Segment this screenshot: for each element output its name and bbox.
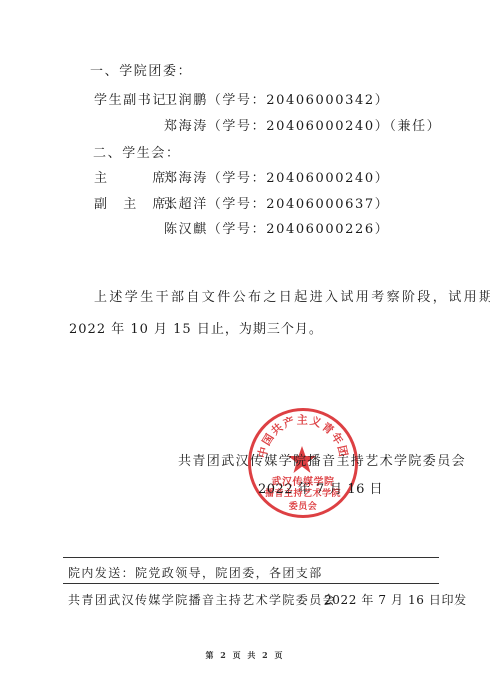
- vice-secretary-entry-1: 卫润鹏（学号：20406000342）: [164, 93, 389, 109]
- seal-line-3: 委员会: [251, 499, 355, 512]
- footer-rule-middle: [63, 583, 439, 584]
- signature-date: 2022 年 7 月 16 日: [258, 482, 383, 498]
- paragraph-line-1: 上述学生干部自文件公布之日起进入试用考察阶段，试用期至: [94, 290, 490, 306]
- vice-president-entry-2: 陈汉麒（学号：20406000226）: [164, 222, 389, 238]
- vice-president-entry-1: 张超洋（学号：20406000637）: [164, 197, 389, 213]
- issuer-name: 共青团武汉传媒学院播音主持艺术学院委员会: [68, 591, 336, 608]
- vice-secretary-entry-2: 郑海涛（学号：20406000240）（兼任）: [164, 119, 441, 135]
- page-number: 第 2 页 共 2 页: [0, 650, 490, 661]
- document-page: 一、学院团委： 学生副书记： 卫润鹏（学号：20406000342） 郑海涛（学…: [0, 0, 490, 695]
- distribution-list: 院内发送：院党政领导，院团委，各团支部: [68, 564, 323, 581]
- section1-heading: 一、学院团委：: [90, 64, 192, 80]
- paragraph-line-2: 2022 年 10 月 15 日止，为期三个月。: [69, 322, 323, 338]
- signature-organization: 共青团武汉传媒学院播音主持艺术学院委员会: [178, 454, 466, 470]
- president-entry: 郑海涛（学号：20406000240）: [164, 171, 389, 187]
- issue-date: 2022 年 7 月 16 日印发: [324, 591, 467, 608]
- footer-rule-top: [63, 557, 439, 558]
- section2-heading: 二、学生会：: [93, 146, 181, 162]
